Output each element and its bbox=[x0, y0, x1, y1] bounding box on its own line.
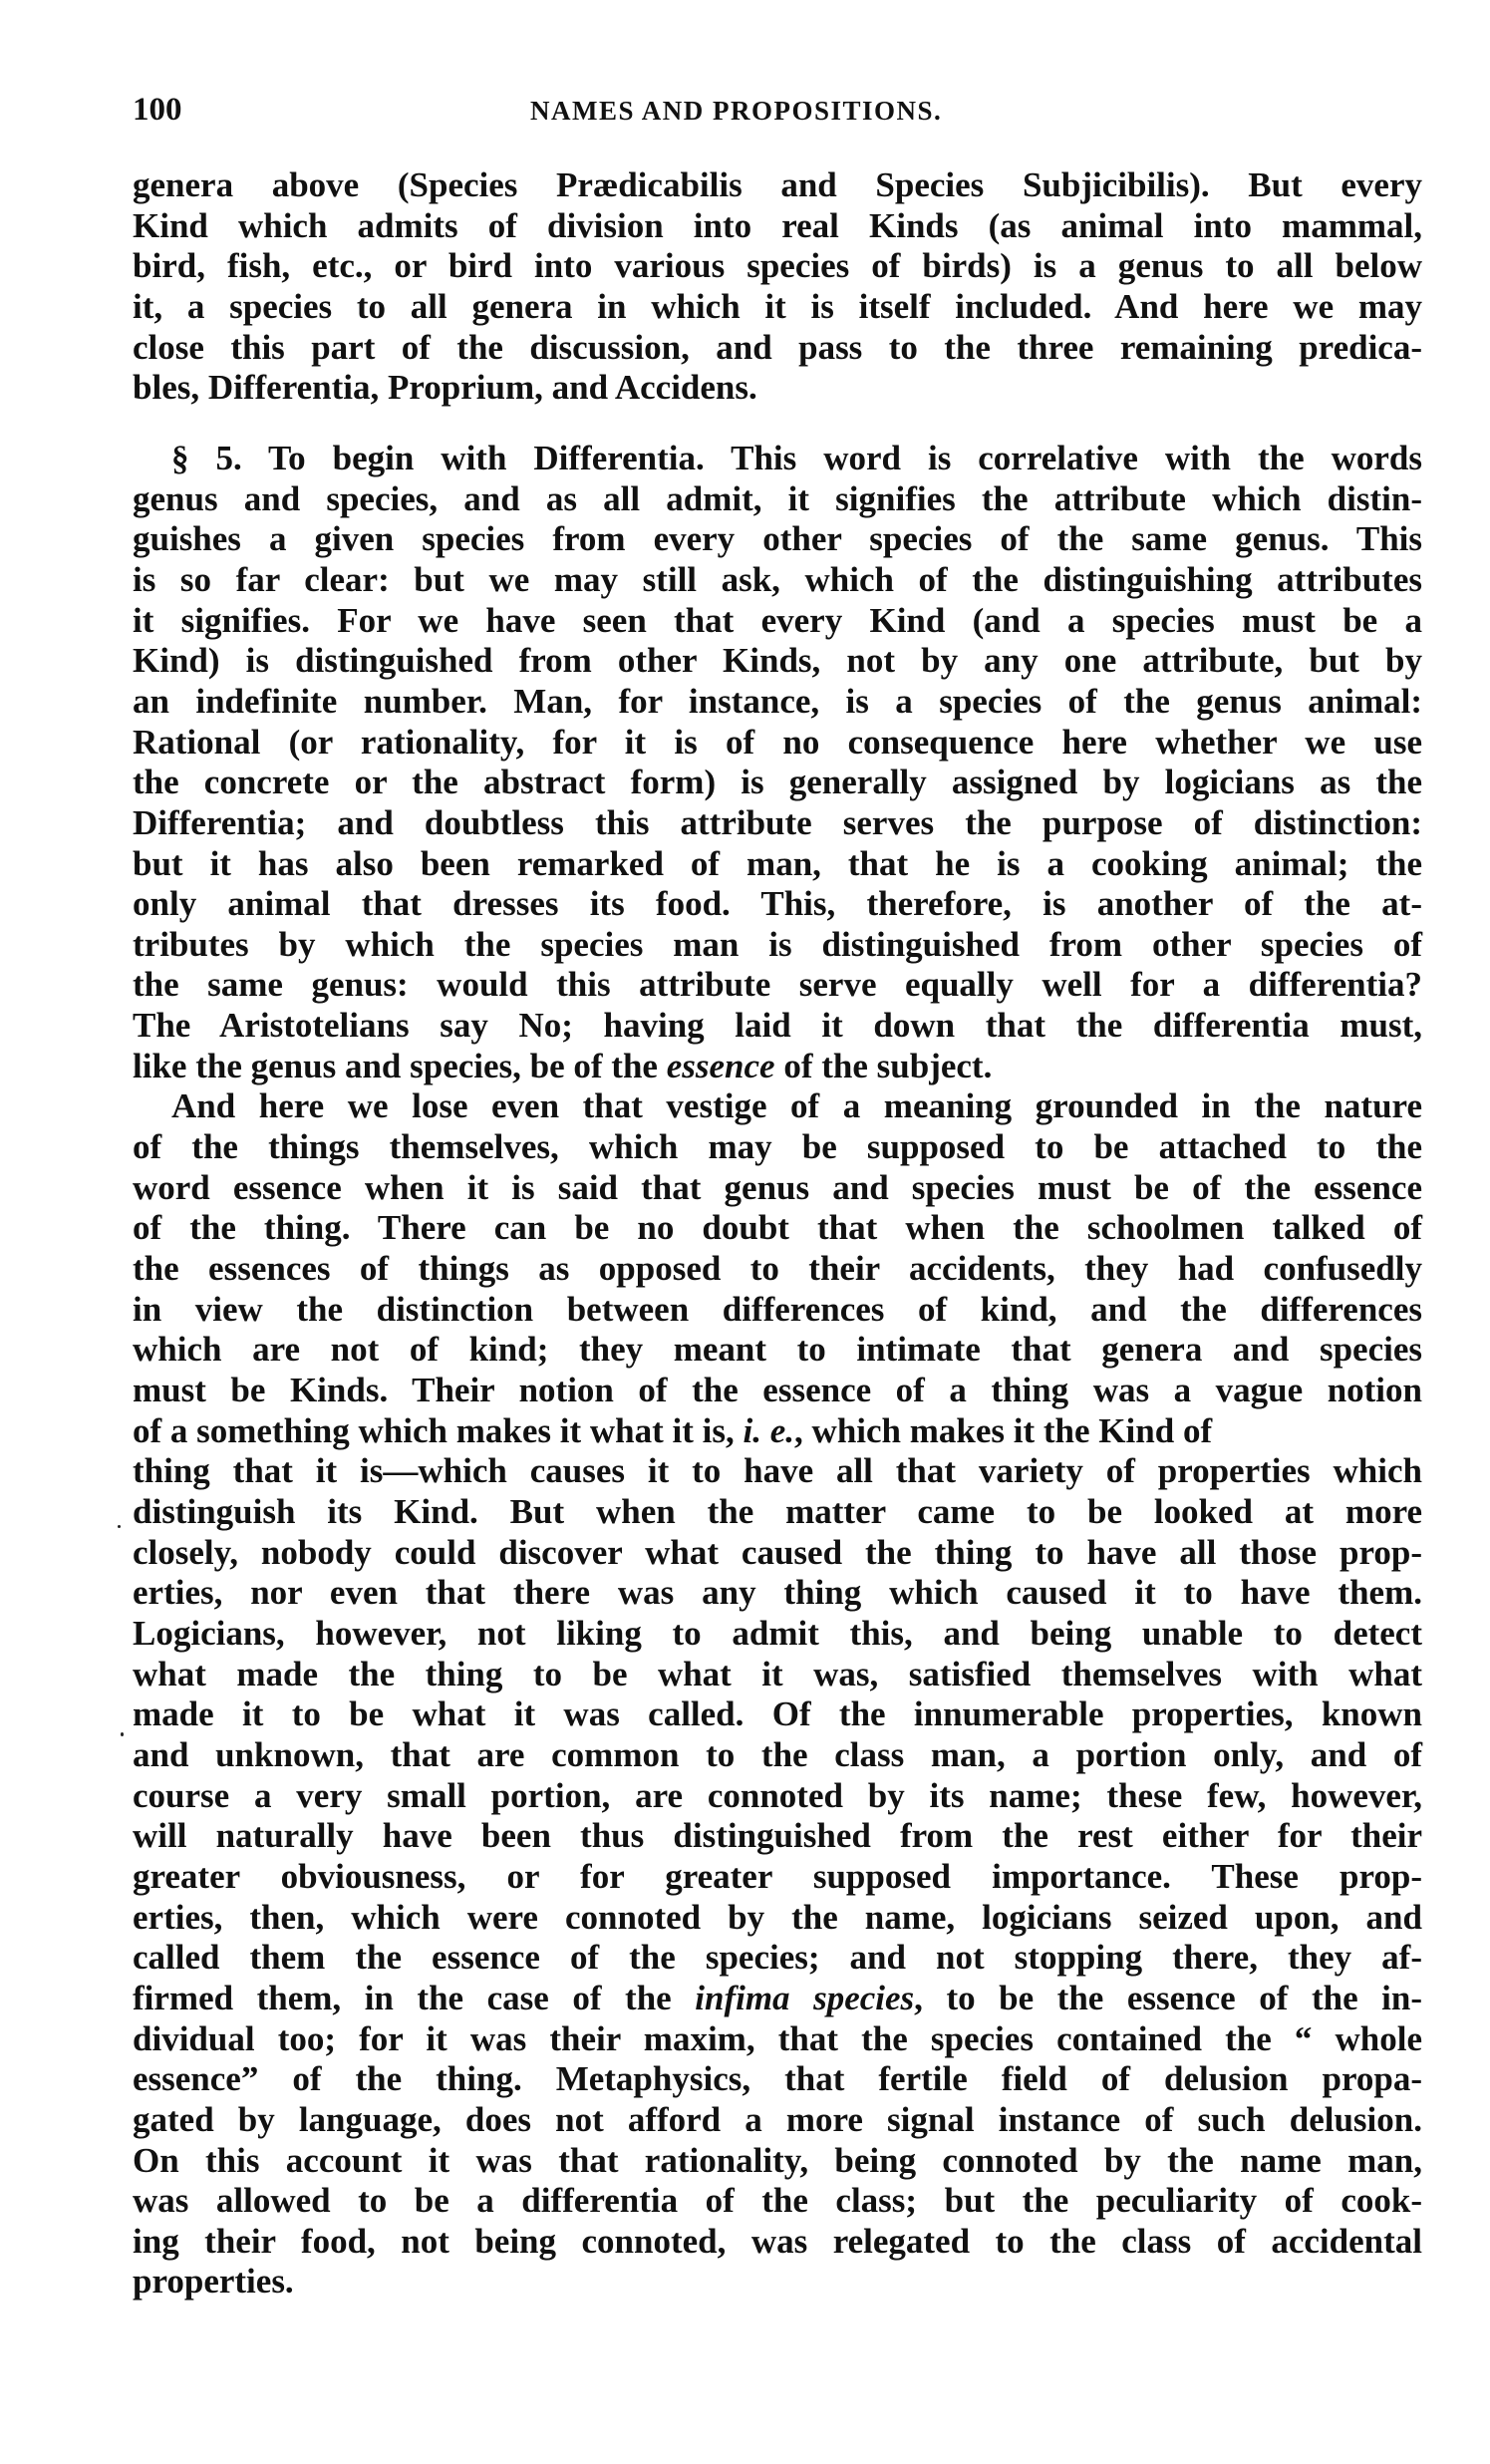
text-line: gated by language, does not afford a mor… bbox=[133, 2100, 1422, 2141]
text-line: the essences of things as opposed to the… bbox=[133, 1249, 1422, 1290]
text-line: only animal that dresses its food. This,… bbox=[133, 884, 1422, 925]
paragraph-1: genera above (Species Prædicabilis and S… bbox=[133, 165, 1422, 409]
text-line: bles, Differentia, Proprium, and Acciden… bbox=[133, 368, 1422, 409]
text-run: firmed them, in the case of the bbox=[133, 1979, 695, 2017]
text-line: it signifies. For we have seen that ever… bbox=[133, 601, 1422, 642]
italic-essence: essence bbox=[667, 1047, 775, 1085]
text-line: closely, nobody could discover what caus… bbox=[133, 1533, 1422, 1574]
text-line: course a very small portion, are connote… bbox=[133, 1776, 1422, 1817]
text-line: the same genus: would this attribute ser… bbox=[133, 965, 1422, 1006]
text-line: must be Kinds. Their notion of the essen… bbox=[133, 1371, 1422, 1411]
section-5-opening-line: § 5. To begin with Differentia. This wor… bbox=[133, 439, 1422, 479]
text-line: The Aristotelians say No; having laid it… bbox=[133, 1006, 1422, 1047]
text-line: of the things themselves, which may be s… bbox=[133, 1127, 1422, 1168]
text-run: like the genus and species, be of the bbox=[133, 1047, 667, 1085]
text-line: Rational (or rationality, for it is of n… bbox=[133, 723, 1422, 764]
text-run: of a something which makes it what it is… bbox=[133, 1411, 744, 1450]
text-line: greater obviousness, or for greater supp… bbox=[133, 1857, 1422, 1898]
text-run: of the subject. bbox=[775, 1047, 993, 1085]
scan-artifact-dot bbox=[121, 1732, 124, 1736]
text-line: in view the distinction between differen… bbox=[133, 1290, 1422, 1331]
text-line: Kind which admits of division into real … bbox=[133, 206, 1422, 247]
paragraph-section-5: § 5. To begin with Differentia. This wor… bbox=[133, 439, 1422, 1087]
italic-i-e: i. e. bbox=[744, 1411, 795, 1450]
text-line: ing their food, not being connoted, was … bbox=[133, 2222, 1422, 2263]
text-line: distinguish its Kind. But when the matte… bbox=[133, 1492, 1422, 1533]
text-run: , which makes it the Kind of bbox=[794, 1411, 1212, 1450]
paragraph-spacer bbox=[133, 409, 1422, 439]
text-line: made it to be what it was called. Of the… bbox=[133, 1694, 1422, 1735]
scan-artifact-dot bbox=[118, 1525, 121, 1528]
text-line: which are not of kind; they meant to int… bbox=[133, 1330, 1422, 1371]
text-line: it, a species to all genera in which it … bbox=[133, 287, 1422, 328]
text-line: Differentia; and doubtless this attribut… bbox=[133, 803, 1422, 844]
running-title: NAMES AND PROPOSITIONS. bbox=[530, 94, 991, 128]
text-line: was allowed to be a differentia of the c… bbox=[133, 2181, 1422, 2222]
text-line: erties, nor even that there was any thin… bbox=[133, 1573, 1422, 1614]
text-line: Kind) is distinguished from other Kinds,… bbox=[133, 641, 1422, 682]
text-line: genus and species, and as all admit, it … bbox=[133, 479, 1422, 520]
running-head: 100 NAMES AND PROPOSITIONS. bbox=[133, 92, 1422, 128]
text-line: And here we lose even that vestige of a … bbox=[133, 1086, 1422, 1127]
page-number: 100 bbox=[133, 92, 182, 128]
text-line: of the thing. There can be no doubt that… bbox=[133, 1208, 1422, 1249]
text-line: erties, then, which were connoted by the… bbox=[133, 1898, 1422, 1939]
text-line: but it has also been remarked of man, th… bbox=[133, 844, 1422, 885]
text-line: called them the essence of the species; … bbox=[133, 1938, 1422, 1979]
paragraph-3: And here we lose even that vestige of a … bbox=[133, 1086, 1422, 2303]
text-line: of a something which makes it what it is… bbox=[133, 1411, 1422, 1452]
text-line: tributes by which the species man is dis… bbox=[133, 925, 1422, 966]
text-line: is so far clear: but we may still ask, w… bbox=[133, 560, 1422, 601]
text-line: guishes a given species from every other… bbox=[133, 519, 1422, 560]
text-line: an indefinite number. Man, for instance,… bbox=[133, 682, 1422, 723]
text-line: close this part of the discussion, and p… bbox=[133, 328, 1422, 369]
text-run: , to be the essence of the in- bbox=[914, 1979, 1422, 2017]
text-line: and unknown, that are common to the clas… bbox=[133, 1735, 1422, 1776]
text-line: what made the thing to be what it was, s… bbox=[133, 1655, 1422, 1695]
text-line: word essence when it is said that genus … bbox=[133, 1168, 1422, 1209]
text-line: bird, fish, etc., or bird into various s… bbox=[133, 246, 1422, 287]
text-line: will naturally have been thus distinguis… bbox=[133, 1816, 1422, 1857]
text-line: genera above (Species Prædicabilis and S… bbox=[133, 165, 1422, 206]
text-line: like the genus and species, be of the es… bbox=[133, 1047, 1422, 1087]
text-line: firmed them, in the case of the infima s… bbox=[133, 1979, 1422, 2019]
text-line: thing that it is—which causes it to have… bbox=[133, 1451, 1422, 1492]
body-text: genera above (Species Prædicabilis and S… bbox=[133, 165, 1422, 2303]
text-line: Logicians, however, not liking to admit … bbox=[133, 1614, 1422, 1655]
text-line: the concrete or the abstract form) is ge… bbox=[133, 763, 1422, 803]
text-line: properties. bbox=[133, 2262, 1422, 2303]
italic-infima-species: infima species bbox=[695, 1979, 914, 2017]
text-line: On this account it was that rationality,… bbox=[133, 2141, 1422, 2182]
text-line: essence” of the thing. Metaphysics, that… bbox=[133, 2059, 1422, 2100]
text-line: dividual too; for it was their maxim, th… bbox=[133, 2019, 1422, 2060]
